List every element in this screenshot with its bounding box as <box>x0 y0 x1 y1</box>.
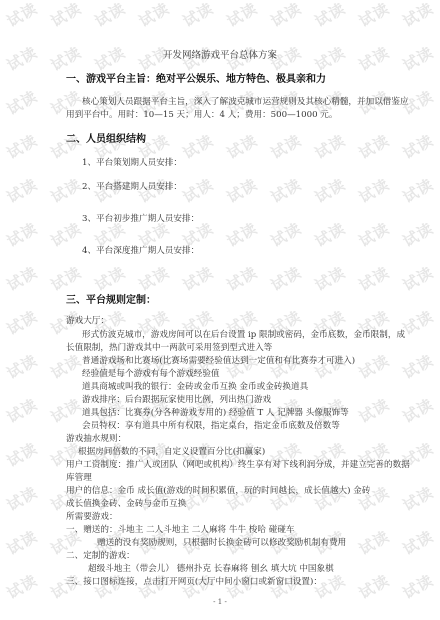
section-2-item-3: 3、平台初步推广期人员安排： <box>82 212 199 224</box>
rules-line: 普通游戏场和比赛场(比赛场需要经验值达到一定值和有比赛券才可进入) <box>82 354 355 366</box>
rules-line: 游戏大厅： <box>66 314 109 326</box>
section-1-line-2: 用到平台中。用时：10—15 天；用人：4 人；费用：500—1000 元。 <box>66 108 337 120</box>
rules-line: 形式仿波克城市，游戏房间可以在后台设置 ip 限制或密码，金币底数，金币限制，成 <box>82 328 405 340</box>
section-1-heading: 一、游戏平台主旨：绝对平公娱乐、地方特色、极具亲和力 <box>66 70 326 85</box>
document-page: 开发网络游戏平台总体方案 一、游戏平台主旨：绝对平公娱乐、地方特色、极具亲和力 … <box>0 0 440 620</box>
section-2-heading: 二、人员组织结构 <box>66 130 146 145</box>
rules-line: 根据房间倍数的不同，自定义设置百分比(扣赢家) <box>78 445 265 457</box>
rules-line: 所需要游戏： <box>66 510 118 522</box>
section-3-heading: 三、平台规则定制： <box>66 291 156 306</box>
section-1-line-1: 核心策划人员跟据平台主旨，深入了解波克城市运营规则及其核心精髓，并加以借鉴应 <box>82 95 409 107</box>
rules-line: 库管理 <box>66 471 92 483</box>
rules-line: 用户工资制度：推广人或团队（网吧或机构）终生享有对下线利润分成，并建立完善的数据 <box>66 458 410 470</box>
rules-line: 超级斗地主（带会儿） 德州扑克 长春麻将 刨幺 填大坑 中国象棋 <box>88 562 334 574</box>
rules-line: 用户的信息：金币 成长值(游戏的时间积累值，玩的时间越长，成长值越大) 金砖 <box>66 484 370 496</box>
rules-line: 游戏抽水规则： <box>66 432 126 444</box>
rules-line: 经验值是每个游戏有每个游戏经验值 <box>82 367 220 379</box>
document-title: 开发网络游戏平台总体方案 <box>0 47 440 61</box>
rules-line: 道具商城或叫我的银行：金砖或金币互换 金币或金砖换道具 <box>82 380 308 392</box>
section-2-item-4: 4、平台深度推广期人员安排： <box>82 244 199 256</box>
rules-line: 道具包括：比赛券(分各种游戏专用的) 经验值 T 人 记牌器 头像服饰等 <box>82 406 349 418</box>
page-number: - 1 - <box>0 598 440 606</box>
rules-line: 游戏排序：后台跟据玩家使用比例，列出热门游戏 <box>82 393 271 405</box>
section-2-item-2: 2、平台搭建期人员安排： <box>82 180 182 192</box>
rules-line: 一、赠送的：斗地主 二人斗地主 二人麻将 牛牛 梭哈 碰碰车 <box>66 523 295 535</box>
rules-line: 赠送的没有奖励规则，只根据时长换金砖可以修改奖励机制有费用 <box>97 536 346 548</box>
rules-line: 成长值换金砖、金砖与金币互换 <box>66 497 186 509</box>
rules-line: 三、接口图标连接，点击打开网页(大厅中间小窗口或新窗口设置)： <box>66 575 322 587</box>
rules-line: 二、定制的游戏： <box>66 549 135 561</box>
rules-line: 会员特权：享有道具中所有权限，指定桌台，指定金币底数及倍数等 <box>82 419 340 431</box>
section-2-item-1: 1、平台策划期人员安排： <box>82 156 182 168</box>
rules-line: 长值限制，热门游戏其中一两款可采用签到型式进入等 <box>66 341 272 353</box>
